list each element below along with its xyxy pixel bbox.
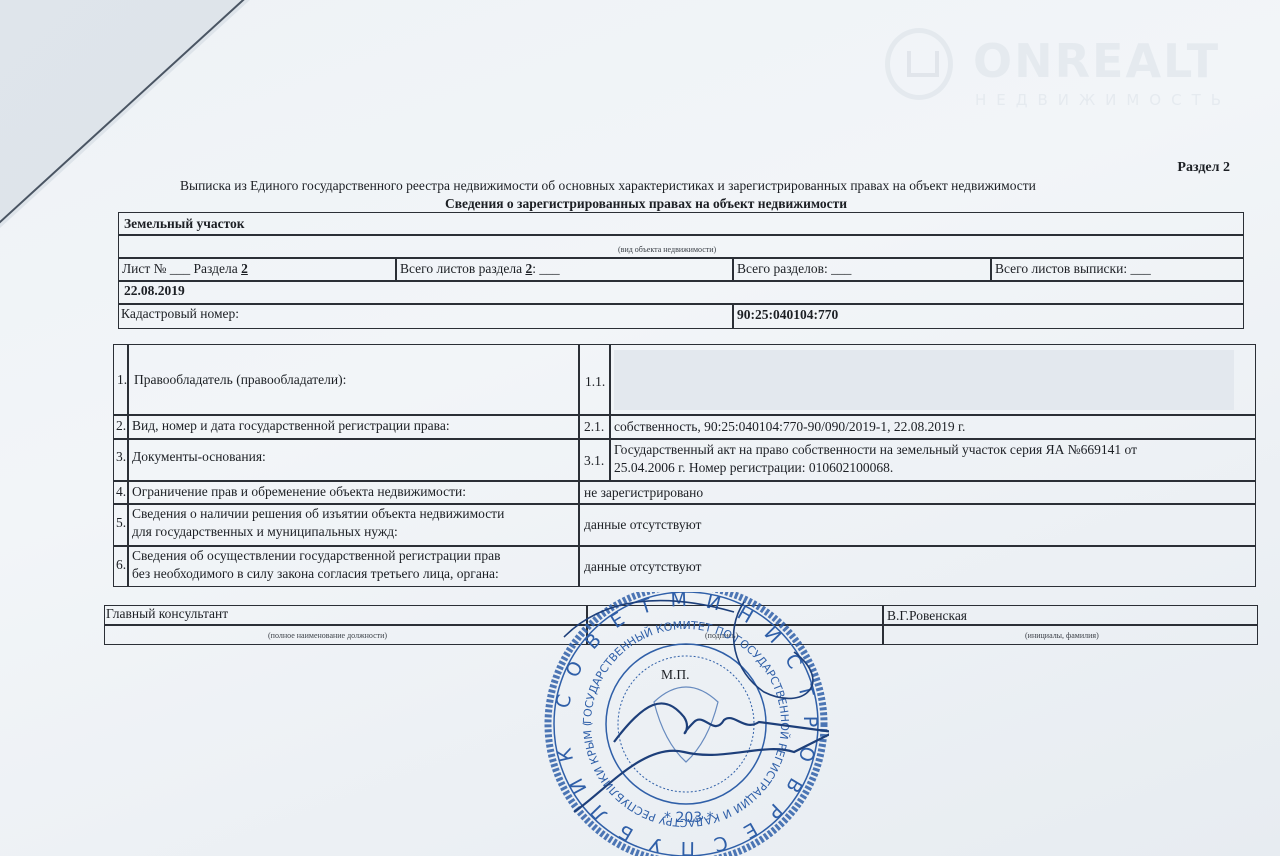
svg-text:* 203 *: * 203 * [664, 810, 714, 826]
watermark: ONREALT НЕДВИЖИМОСТЬ [885, 28, 1265, 118]
total-sheets-section: Всего листов раздела 2: ___ [400, 261, 560, 277]
document-subtitle: Сведения о зарегистрированных правах на … [445, 196, 847, 212]
document-title: Выписка из Единого государственного реес… [180, 178, 1036, 194]
house-pin-icon [885, 28, 953, 100]
total-extract-sheets: Всего листов выписки: ___ [995, 261, 1151, 277]
section-label: Раздел 2 [1177, 160, 1230, 176]
official-stamp: С О В Е Т М И Н И С Т Р О В Р Е С П У Б … [544, 592, 829, 856]
watermark-brand: ONREALT [973, 34, 1220, 88]
position-title: Главный консультант [106, 606, 228, 622]
signer-name: В.Г.Ровенская [887, 608, 967, 624]
watermark-tagline: НЕДВИЖИМОСТЬ [975, 91, 1231, 109]
position-caption: (полное наименование должности) [268, 631, 387, 640]
stamp-seal-icon: С О В Е Т М И Н И С Т Р О В Р Е С П У Б … [544, 592, 829, 856]
name-caption: (инициалы, фамилия) [1025, 631, 1099, 640]
extract-date: 22.08.2019 [124, 283, 185, 299]
redacted-owner [614, 350, 1234, 410]
sheet-number: Лист № ___ Раздела 2 [122, 261, 248, 277]
total-sections: Всего разделов: ___ [737, 261, 851, 277]
object-type: Земельный участок [124, 216, 245, 232]
cadastral-label: Кадастровый номер: [121, 306, 239, 322]
cadastral-number: 90:25:040104:770 [737, 307, 838, 323]
object-type-caption: (вид объекта недвижимости) [618, 245, 716, 254]
